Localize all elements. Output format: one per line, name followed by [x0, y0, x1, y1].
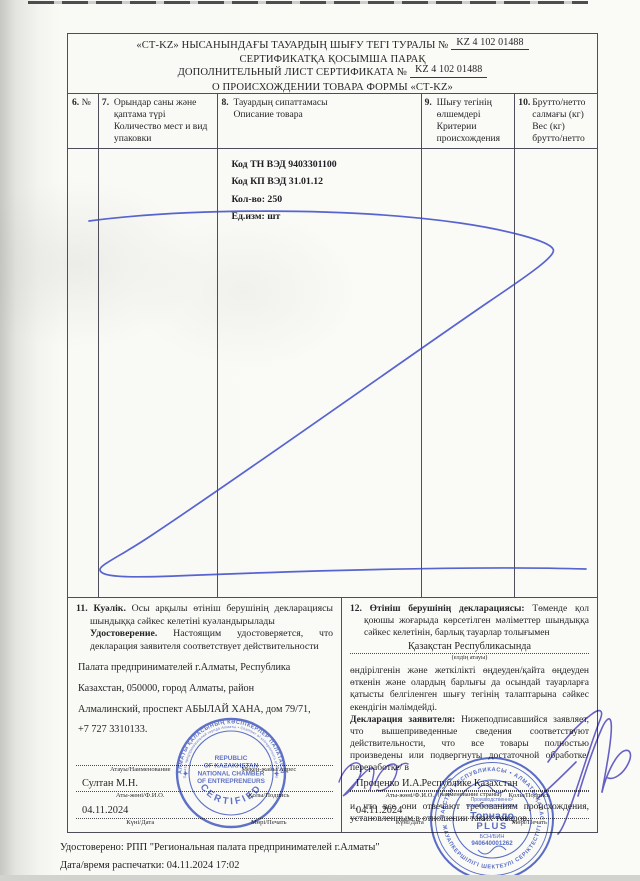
- s12-kk-paragraph-2: өндірілгенін және жеткілікті өңдеуден/қа…: [350, 665, 589, 713]
- s12-labels-2: Күні/Дата Мөрі/Печать: [350, 819, 589, 828]
- s11-address-line: Алмалинский, проспект АБЫЛАЙ ХАНА, дом 7…: [78, 700, 333, 721]
- s11-number: 11.: [76, 603, 88, 614]
- s12-number: 12.: [350, 604, 362, 614]
- col10-label-kk: Брутто/нетто салмағы (кг): [532, 97, 585, 120]
- title-line-ru2: О ПРОИСХОЖДЕНИИ ТОВАРА ФОРМЫ «СТ-KZ»: [68, 81, 597, 94]
- unit: Ед.изм: шт: [231, 208, 414, 225]
- s11-kk-paragraph: 11. Куәлік. Осы арқылы өтініш берушінің …: [76, 603, 333, 628]
- cell-8-description: Код ТН ВЭД 9403301100 Код КП ВЭД 31.01.1…: [218, 149, 421, 597]
- s11-label-name: Атауы/Наименование: [76, 766, 205, 775]
- certificate-number-ru: KZ 4 102 01488: [410, 63, 487, 77]
- s11-label-stamp: Мөрі/Печать: [205, 819, 334, 828]
- certificate-title-block: «СТ-KZ» НЫСАНЫНДАҒЫ ТАУАРДЫҢ ШЫҒУ ТЕГІ Т…: [68, 34, 597, 94]
- col9-label-kk: Шығу тегінің өлшемдері: [437, 97, 492, 120]
- certificate-frame: «СТ-KZ» НЫСАНЫНДАҒЫ ТАУАРДЫҢ ШЫҒУ ТЕГІ Т…: [67, 33, 598, 833]
- col-header-6: 6. №: [68, 94, 99, 148]
- section-11-certification: 11. Куәлік. Осы арқылы өтініш берушінің …: [68, 598, 342, 832]
- code-kpved: Код КП ВЭД 31.01.12: [231, 173, 414, 190]
- table-header-row: 6. № 7. Орындар саны және қаптама түрі К…: [68, 94, 597, 149]
- col6-label: №: [82, 97, 91, 108]
- scanned-certificate-page: { "header": { "line1_kk": "«СТ-KZ» НЫСАН…: [0, 0, 640, 881]
- s12-country-kk-caption: (елдің атауы): [350, 654, 589, 662]
- s11-address-line: +7 727 3310133.: [78, 720, 333, 741]
- s12-label-date: Күні/Дата: [350, 819, 470, 828]
- code-tnved: Код ТН ВЭД 9403301100: [231, 156, 414, 173]
- col8-num: 8.: [221, 97, 228, 109]
- s11-label-date: Күні/Дата: [76, 819, 205, 828]
- s12-label-sign: Қолы/Подпись: [470, 792, 590, 801]
- bottom-sections-row: 11. Куәлік. Осы арқылы өтініш берушінің …: [68, 598, 597, 832]
- scan-bottom-strip: [0, 875, 640, 881]
- s12-labels-1: Аты-жөні/Ф.И.О. Қолы/Подпись: [350, 792, 589, 801]
- s11-label-fio: Аты-жөні/Ф.И.О.: [76, 792, 205, 801]
- cell-9: [422, 149, 516, 597]
- col9-num: 9.: [425, 97, 432, 109]
- s11-person-name: Султан М.Н.: [76, 774, 333, 792]
- s11-signature-block: Атауы/Наименование Мекен-жайы/Адрес Султ…: [76, 759, 333, 828]
- col-header-9: 9. Шығу тегінің өлшемдері Критерии проис…: [422, 94, 516, 148]
- title-line-kk2: СЕРТИФИКАТҚА ҚОСЫМША ПАРАҚ: [68, 53, 597, 66]
- s11-issuer-address: Палата предпринимателей г.Алматы, Респуб…: [76, 658, 333, 740]
- title-line-ru: ДОПОЛНИТЕЛЬНЫЙ ЛИСТ СЕРТИФИКАТА №KZ 4 10…: [68, 66, 597, 80]
- s11-labels-2: Аты-жөні/Ф.И.О. Қолы/Подпись: [76, 792, 333, 801]
- s11-date: 04.11.2024: [76, 801, 333, 819]
- col8-label-kk: Тауардың сипаттамасы: [233, 97, 327, 108]
- s11-ru-paragraph: Удостоверение. Настоящим удостоверяется,…: [76, 628, 333, 653]
- scan-edge-line: [28, 1, 588, 4]
- section-12-declaration: 12. Өтініш берушінің декларациясы: Төмен…: [342, 598, 597, 832]
- col10-num: 10.: [518, 97, 530, 109]
- s11-dotted-line-1: [76, 759, 333, 766]
- certificate-number-kk: KZ 4 102 01488: [451, 36, 528, 50]
- s11-address-line: Палата предпринимателей г.Алматы, Респуб…: [78, 658, 333, 679]
- title-ru-text: ДОПОЛНИТЕЛЬНЫЙ ЛИСТ СЕРТИФИКАТА №: [178, 67, 408, 78]
- s11-kk-rest: Осы арқылы өтініш берушінің декларациясы…: [90, 603, 333, 627]
- table-body-row: Код ТН ВЭД 9403301100 Код КП ВЭД 31.01.1…: [68, 149, 597, 598]
- s12-kk-lead: Өтініш берушінің декларациясы:: [370, 604, 525, 614]
- s11-kk-lead: Куәлік.: [93, 603, 125, 614]
- s12-date: 04.11.2024: [350, 801, 589, 819]
- cell-6: [68, 149, 99, 597]
- cell-10: [515, 149, 597, 597]
- title-line-kk: «СТ-KZ» НЫСАНЫНДАҒЫ ТАУАРДЫҢ ШЫҒУ ТЕГІ Т…: [68, 39, 597, 53]
- col9-label-ru: Критерии происхождения: [437, 121, 512, 145]
- s12-country-kk: Қазақстан Республикасында: [350, 641, 589, 654]
- s12-label-fio: Аты-жөні/Ф.И.О.: [350, 792, 470, 801]
- col6-num: 6.: [72, 97, 79, 108]
- s12-ru-lead: Декларация заявителя:: [350, 715, 455, 725]
- s12-label-stamp: Мөрі/Печать: [470, 819, 590, 828]
- s11-labels-1: Атауы/Наименование Мекен-жайы/Адрес: [76, 766, 333, 775]
- s12-signature-block: Проценко И.А. Аты-жөні/Ф.И.О. Қолы/Подпи…: [350, 777, 589, 827]
- col8-label-ru: Описание товара: [233, 109, 417, 121]
- col10-label-ru: Вес (кг) брутто/нетто: [532, 121, 594, 145]
- s11-address-line: Казахстан, 050000, город Алматы, район: [78, 679, 333, 700]
- s12-person-name: Проценко И.А.: [350, 777, 589, 792]
- s11-label-address: Мекен-жайы/Адрес: [205, 766, 334, 775]
- title-kk-text: «СТ-KZ» НЫСАНЫНДАҒЫ ТАУАРДЫҢ ШЫҒУ ТЕГІ Т…: [136, 40, 448, 51]
- footer-certified-by: Удостоверено: РПП "Региональная палата п…: [60, 839, 380, 857]
- col7-label-ru: Количество мест и вид упаковки: [114, 121, 215, 145]
- col-header-8: 8. Тауардың сипаттамасы Описание товара: [218, 94, 421, 148]
- s11-labels-3: Күні/Дата Мөрі/Печать: [76, 819, 333, 828]
- s11-label-sign: Қолы/Подпись: [205, 792, 334, 801]
- col-header-7: 7. Орындар саны және қаптама түрі Количе…: [99, 94, 219, 148]
- s12-kk-paragraph: 12. Өтініш берушінің декларациясы: Төмен…: [350, 603, 589, 639]
- col7-num: 7.: [102, 97, 109, 109]
- quantity: Кол-во: 250: [231, 191, 414, 208]
- cell-7: [99, 149, 219, 597]
- footer-block: Удостоверено: РПП "Региональная палата п…: [60, 839, 380, 874]
- footer-print-datetime: Дата/время распечатки: 04.11.2024 17:02: [60, 857, 380, 875]
- col-header-10: 10. Брутто/нетто салмағы (кг) Вес (кг) б…: [515, 94, 597, 148]
- col7-label-kk: Орындар саны және қаптама түрі: [114, 97, 197, 120]
- s12-ru-paragraph: Декларация заявителя: Нижеподписавшийся …: [350, 714, 589, 774]
- s11-ru-lead: Удостоверение.: [90, 628, 157, 639]
